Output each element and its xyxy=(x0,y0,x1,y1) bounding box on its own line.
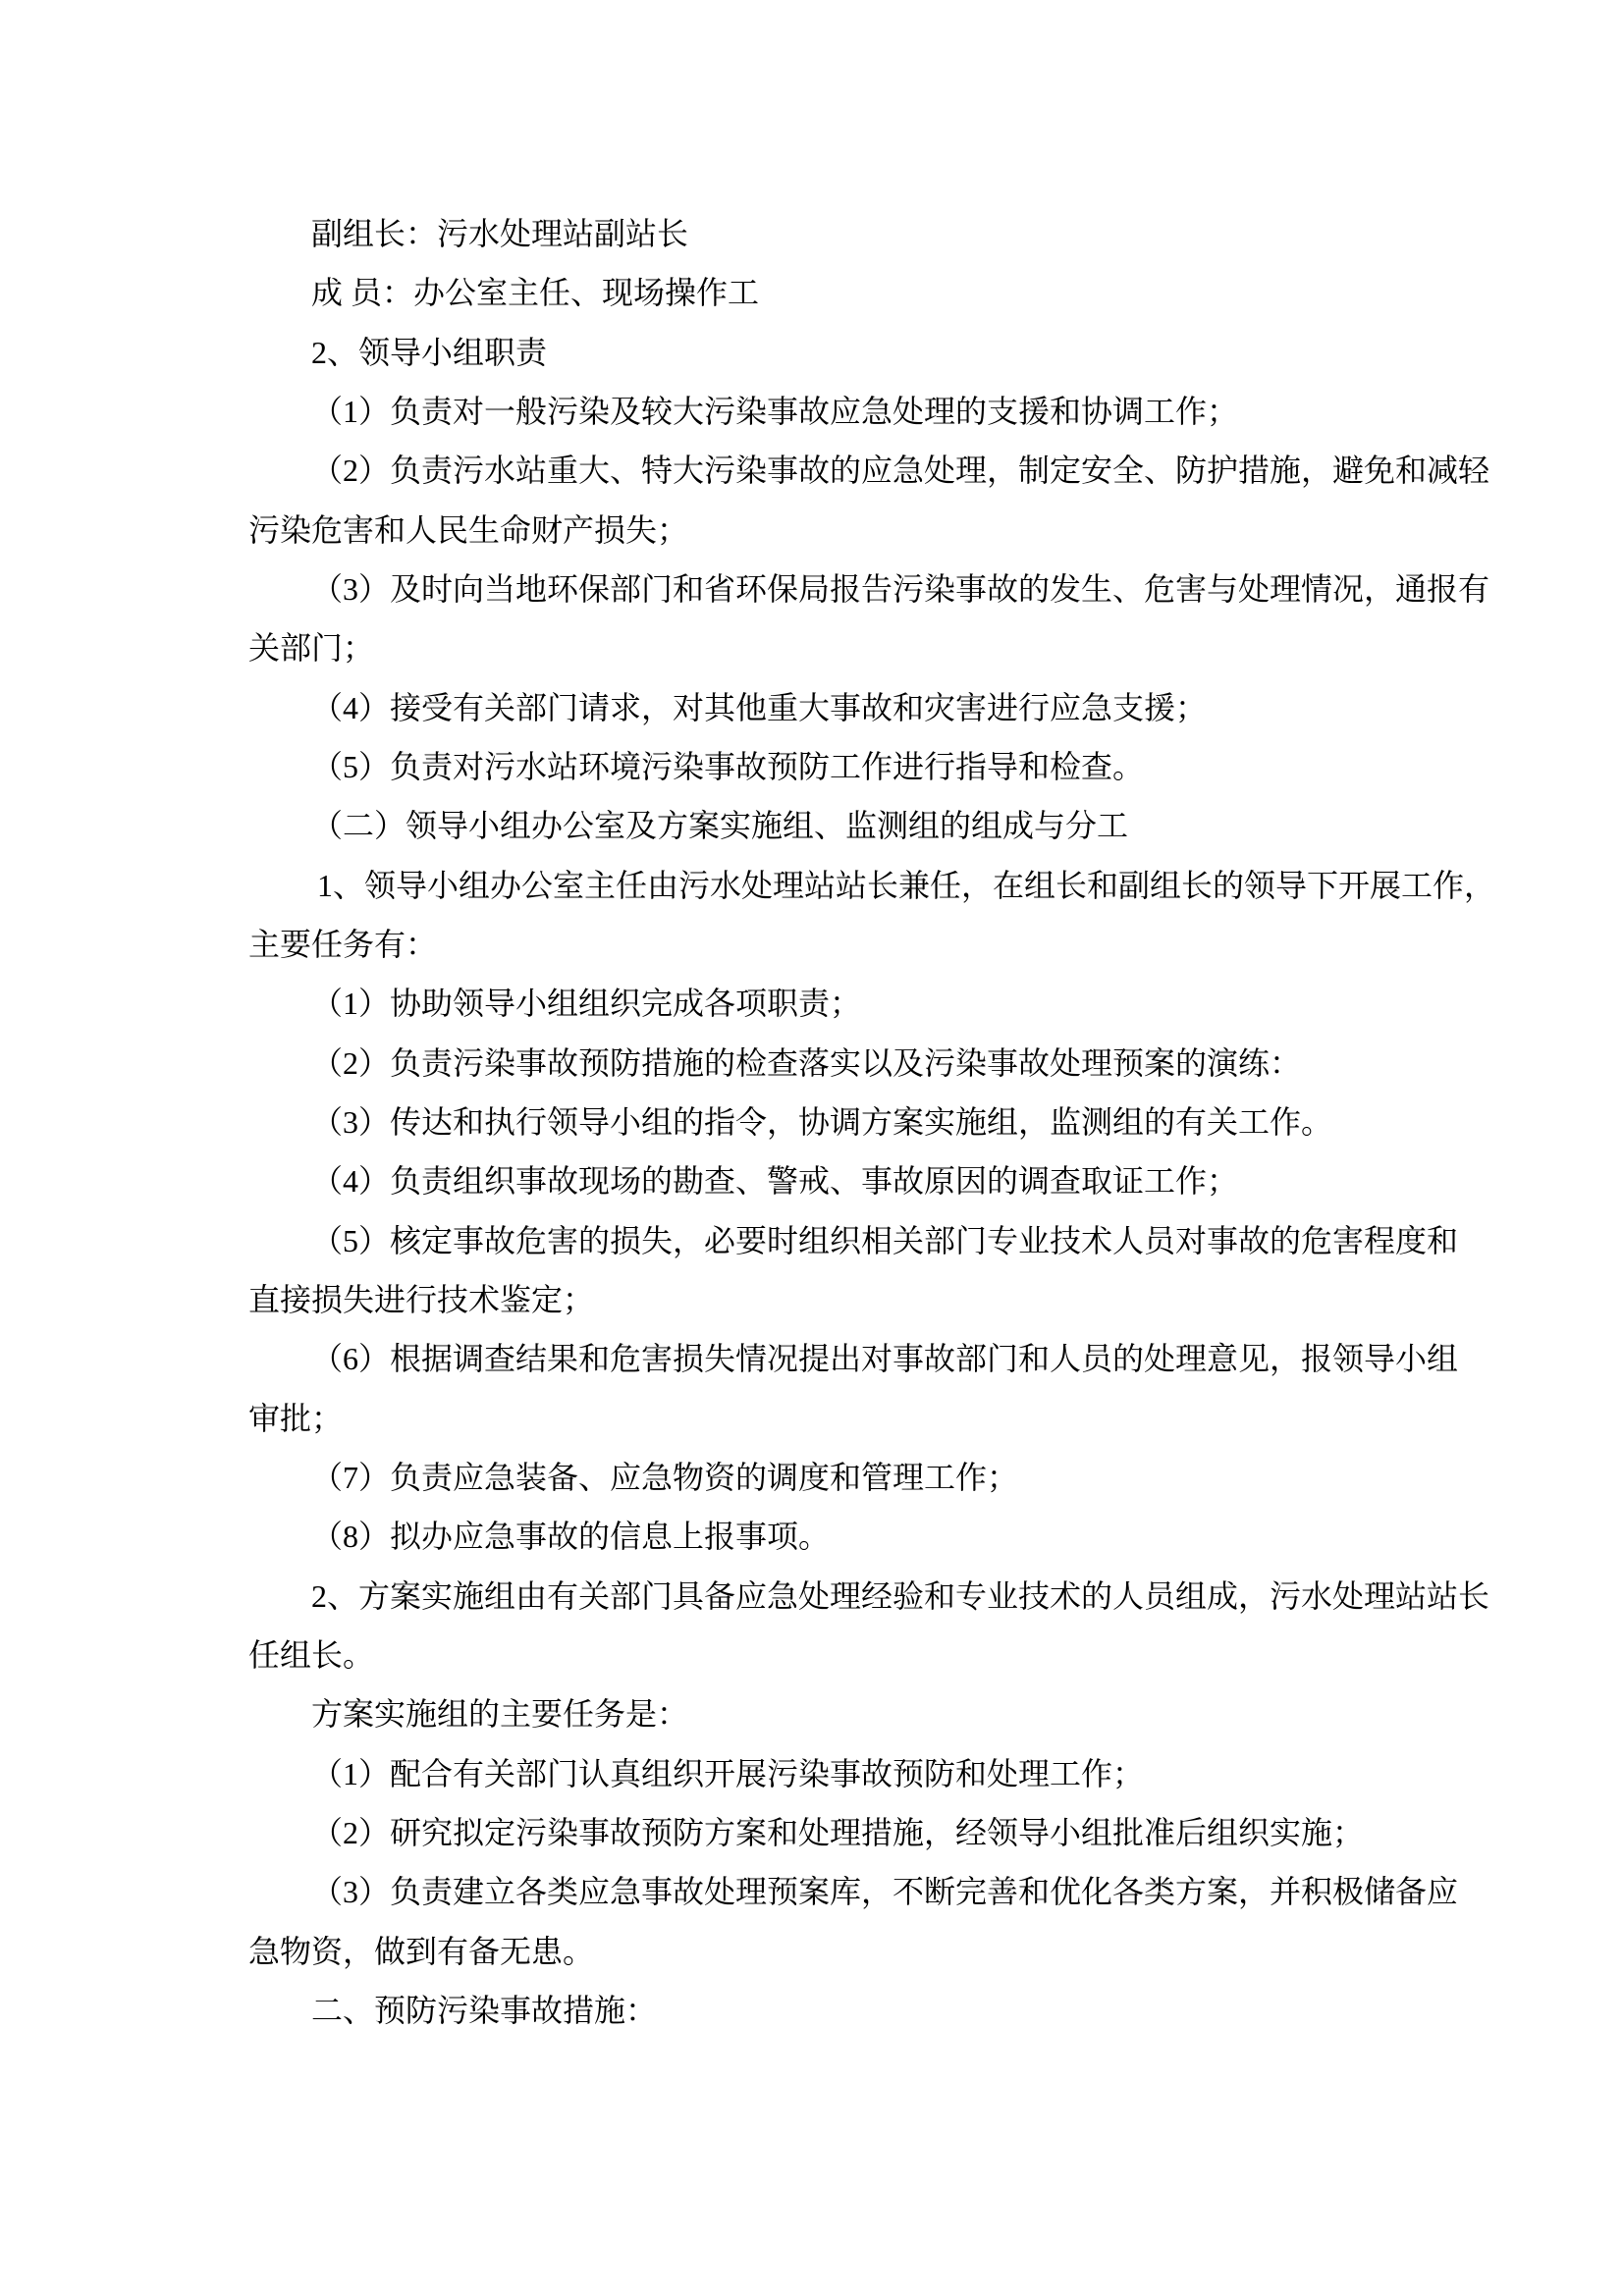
paragraph: 二、预防污染事故措施： xyxy=(248,1981,1387,2040)
paragraph-continuation-line: 关部门； xyxy=(248,618,1387,677)
paragraph-first-line: （1）协助领导小组组织完成各项职责； xyxy=(248,974,1387,1033)
paragraph: （8）拟办应急事故的信息上报事项。 xyxy=(248,1507,1387,1566)
paragraph: （二）领导小组办公室及方案实施组、监测组的组成与分工 xyxy=(248,796,1387,855)
paragraph-first-line: （1）负责对一般污染及较大污染事故应急处理的支援和协调工作； xyxy=(248,382,1387,441)
paragraph: 2、领导小组职责 xyxy=(248,323,1387,382)
paragraph: 1、领导小组办公室主任由污水处理站站长兼任，在组长和副组长的领导下开展工作，主要… xyxy=(248,856,1387,975)
paragraph-first-line: 2、领导小组职责 xyxy=(248,323,1387,382)
paragraph-first-line: （7）负责应急装备、应急物资的调度和管理工作； xyxy=(248,1448,1387,1507)
paragraph: 副组长：污水处理站副站长 xyxy=(248,204,1387,263)
paragraph: （5）核定事故危害的损失，必要时组织相关部门专业技术人员对事故的危害程度和直接损… xyxy=(248,1211,1387,1330)
paragraph: （6）根据调查结果和危害损失情况提出对事故部门和人员的处理意见，报领导小组审批； xyxy=(248,1329,1387,1448)
paragraph: 成 员：办公室主任、现场操作工 xyxy=(248,263,1387,322)
paragraph: （2）负责污染事故预防措施的检查落实以及污染事故处理预案的演练： xyxy=(248,1034,1387,1093)
paragraph-first-line: （4）接受有关部门请求，对其他重大事故和灾害进行应急支援； xyxy=(248,678,1387,737)
paragraph: （4）接受有关部门请求，对其他重大事故和灾害进行应急支援； xyxy=(248,678,1387,737)
paragraph-first-line: （2）研究拟定污染事故预防方案和处理措施，经领导小组批准后组织实施； xyxy=(248,1803,1387,1862)
paragraph-first-line: 1、领导小组办公室主任由污水处理站站长兼任，在组长和副组长的领导下开展工作， xyxy=(248,856,1387,915)
paragraph-continuation-line: 审批； xyxy=(248,1389,1387,1448)
paragraph-first-line: 成 员：办公室主任、现场操作工 xyxy=(248,263,1387,322)
paragraph: （3）及时向当地环保部门和省环保局报告污染事故的发生、危害与处理情况，通报有关部… xyxy=(248,560,1387,678)
paragraph: （7）负责应急装备、应急物资的调度和管理工作； xyxy=(248,1448,1387,1507)
paragraph: （3）传达和执行领导小组的指令，协调方案实施组，监测组的有关工作。 xyxy=(248,1093,1387,1151)
paragraph: （3）负责建立各类应急事故处理预案库，不断完善和优化各类方案，并积极储备应急物资… xyxy=(248,1862,1387,1981)
paragraph: （4）负责组织事故现场的勘查、警戒、事故原因的调查取证工作； xyxy=(248,1151,1387,1210)
paragraph-continuation-line: 污染危害和人民生命财产损失； xyxy=(248,501,1387,560)
document-page: 副组长：污水处理站副站长成 员：办公室主任、现场操作工2、领导小组职责（1）负责… xyxy=(0,0,1623,2296)
paragraph-first-line: 副组长：污水处理站副站长 xyxy=(248,204,1387,263)
paragraph-first-line: （5）负责对污水站环境污染事故预防工作进行指导和检查。 xyxy=(248,737,1387,796)
paragraph-first-line: （8）拟办应急事故的信息上报事项。 xyxy=(248,1507,1387,1566)
paragraph: （1）配合有关部门认真组织开展污染事故预防和处理工作； xyxy=(248,1744,1387,1803)
paragraph: （1）协助领导小组组织完成各项职责； xyxy=(248,974,1387,1033)
paragraph-first-line: （二）领导小组办公室及方案实施组、监测组的组成与分工 xyxy=(248,796,1387,855)
paragraph-first-line: 2、方案实施组由有关部门具备应急处理经验和专业技术的人员组成，污水处理站站长 xyxy=(248,1567,1387,1626)
paragraph-first-line: （5）核定事故危害的损失，必要时组织相关部门专业技术人员对事故的危害程度和 xyxy=(248,1211,1387,1270)
paragraph: （1）负责对一般污染及较大污染事故应急处理的支援和协调工作； xyxy=(248,382,1387,441)
paragraph: （2）负责污水站重大、特大污染事故的应急处理，制定安全、防护措施，避免和减轻污染… xyxy=(248,441,1387,560)
paragraph: 方案实施组的主要任务是： xyxy=(248,1684,1387,1743)
paragraph-continuation-line: 主要任务有： xyxy=(248,915,1387,974)
paragraph-first-line: （1）配合有关部门认真组织开展污染事故预防和处理工作； xyxy=(248,1744,1387,1803)
paragraph: （5）负责对污水站环境污染事故预防工作进行指导和检查。 xyxy=(248,737,1387,796)
document-body: 副组长：污水处理站副站长成 员：办公室主任、现场操作工2、领导小组职责（1）负责… xyxy=(248,204,1387,2040)
paragraph: 2、方案实施组由有关部门具备应急处理经验和专业技术的人员组成，污水处理站站长任组… xyxy=(248,1567,1387,1685)
paragraph-first-line: （3）及时向当地环保部门和省环保局报告污染事故的发生、危害与处理情况，通报有 xyxy=(248,560,1387,618)
paragraph-first-line: （2）负责污水站重大、特大污染事故的应急处理，制定安全、防护措施，避免和减轻 xyxy=(248,441,1387,500)
paragraph-first-line: （6）根据调查结果和危害损失情况提出对事故部门和人员的处理意见，报领导小组 xyxy=(248,1329,1387,1388)
paragraph-continuation-line: 任组长。 xyxy=(248,1626,1387,1684)
paragraph-continuation-line: 直接损失进行技术鉴定； xyxy=(248,1270,1387,1329)
paragraph-first-line: （3）传达和执行领导小组的指令，协调方案实施组，监测组的有关工作。 xyxy=(248,1093,1387,1151)
paragraph-first-line: 方案实施组的主要任务是： xyxy=(248,1684,1387,1743)
paragraph-first-line: （3）负责建立各类应急事故处理预案库，不断完善和优化各类方案，并积极储备应 xyxy=(248,1862,1387,1921)
paragraph: （2）研究拟定污染事故预防方案和处理措施，经领导小组批准后组织实施； xyxy=(248,1803,1387,1862)
paragraph-continuation-line: 急物资，做到有备无患。 xyxy=(248,1922,1387,1981)
paragraph-first-line: （4）负责组织事故现场的勘查、警戒、事故原因的调查取证工作； xyxy=(248,1151,1387,1210)
paragraph-first-line: 二、预防污染事故措施： xyxy=(248,1981,1387,2040)
paragraph-first-line: （2）负责污染事故预防措施的检查落实以及污染事故处理预案的演练： xyxy=(248,1034,1387,1093)
